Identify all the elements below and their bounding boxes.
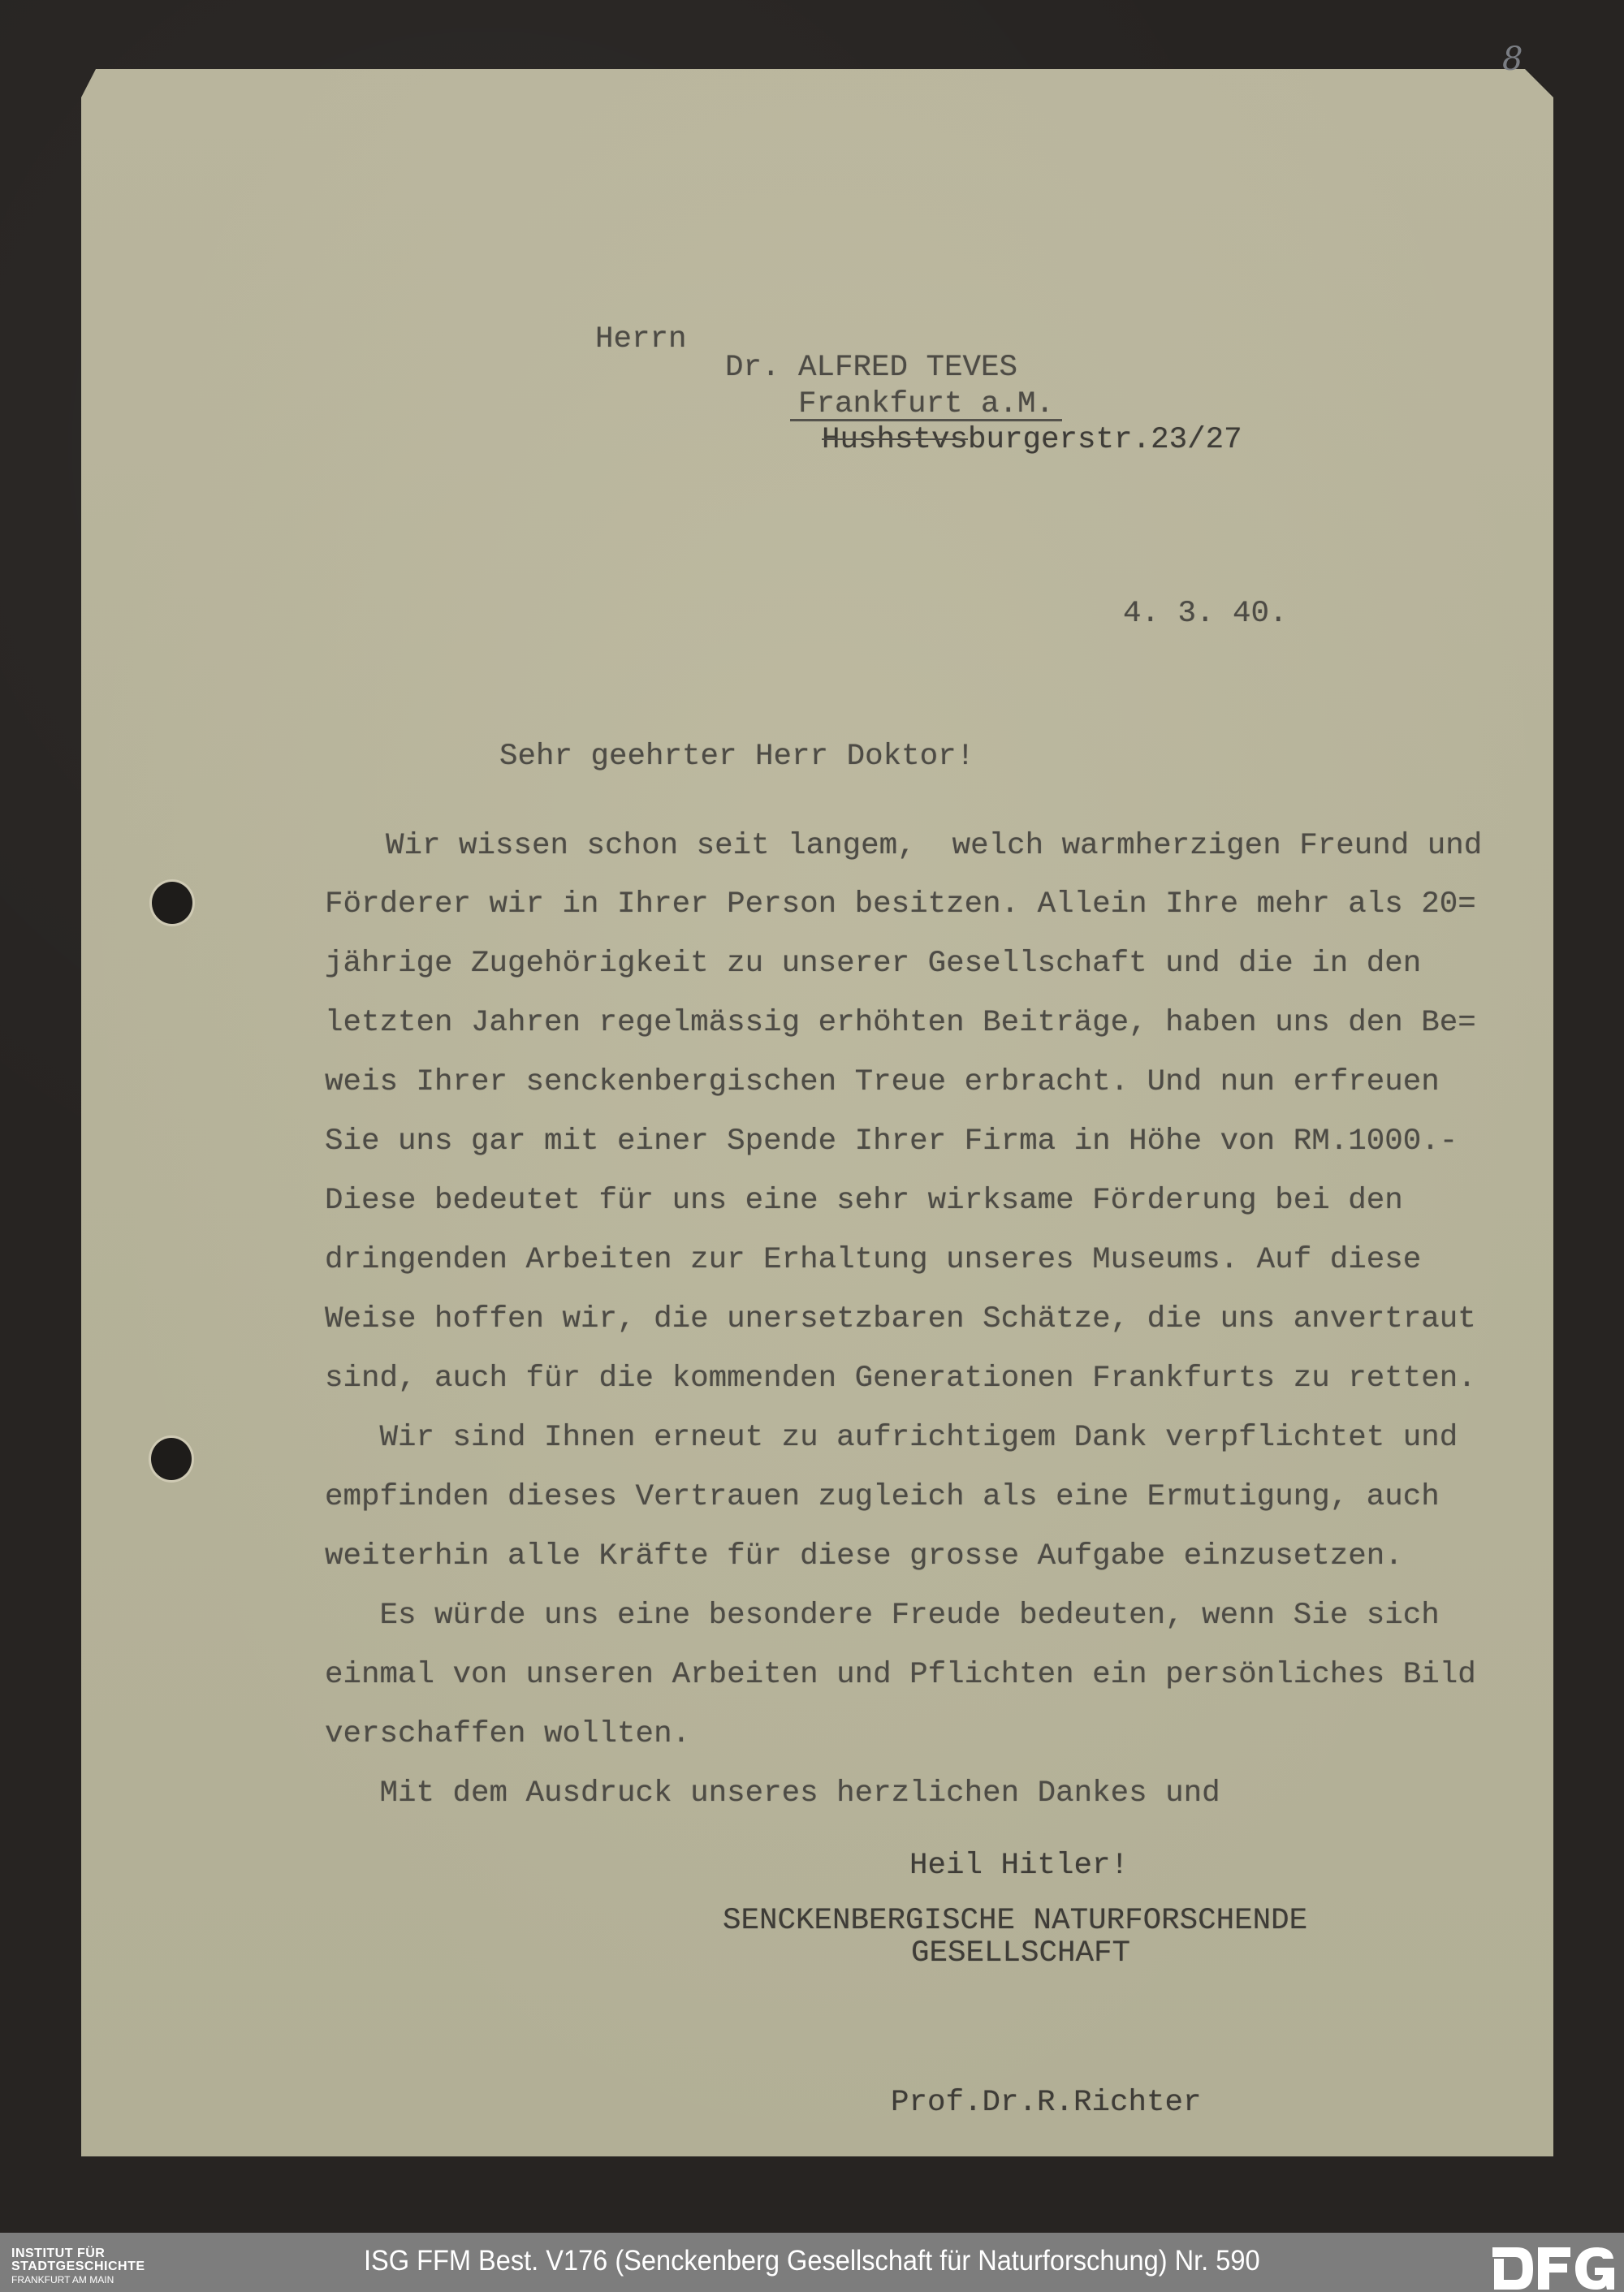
body-line: weis Ihrer senckenbergischen Treue erbra… [325, 1068, 1440, 1099]
punch-hole-upper [152, 882, 192, 924]
recipient-street: Hushstvsburgerstr.23/27 [822, 425, 1242, 456]
body-line: Sie uns gar mit einer Spende Ihrer Firma… [325, 1127, 1458, 1158]
letter-date: 4. 3. 40. [1123, 599, 1288, 630]
body-line: verschaffen wollten. [325, 1720, 690, 1750]
recipient-name: Dr. ALFRED TEVES [725, 353, 1017, 384]
body-line: Wir wissen schon seit langem, welch warm… [313, 831, 1482, 862]
letter-greeting: Sehr geehrter Herr Doktor! [499, 742, 974, 773]
organization-name-line2: GESELLSCHAFT [911, 1939, 1130, 1970]
body-line: einmal von unseren Arbeiten und Pflichte… [325, 1660, 1476, 1691]
body-line: Weise hoffen wir, die unersetzbaren Schä… [325, 1305, 1476, 1336]
body-line: sind, auch für die kommenden Generatione… [325, 1364, 1476, 1395]
page-number: 8 [1502, 41, 1522, 78]
body-line: dringenden Arbeiten zur Erhaltung unsere… [325, 1245, 1421, 1276]
body-line: letzten Jahren regelmässig erhöhten Beit… [325, 1008, 1476, 1039]
institution-name-line1: INSTITUT FÜR [11, 2247, 145, 2260]
body-line: Mit dem Ausdruck unseres herzlichen Dank… [325, 1779, 1220, 1810]
body-line: Wir sind Ihnen erneut zu aufrichtigem Da… [325, 1423, 1458, 1454]
body-line: jährige Zugehörigkeit zu unserer Gesells… [325, 949, 1421, 980]
body-line: Diese bedeutet für uns eine sehr wirksam… [325, 1186, 1403, 1217]
archive-reference-title: ISG FFM Best. V176 (Senckenberg Gesellsc… [364, 2247, 1260, 2275]
recipient-salutation: Herrn [595, 325, 687, 356]
institution-logo: INSTITUT FÜR STADTGESCHICHTE FRANKFURT A… [11, 2247, 145, 2285]
body-line: empfinden dieses Vertrauen zugleich als … [325, 1483, 1440, 1513]
body-line: weiterhin alle Kräfte für diese grosse A… [325, 1542, 1403, 1573]
archive-footer-bar: INSTITUT FÜR STADTGESCHICHTE FRANKFURT A… [0, 2233, 1624, 2292]
street-strikethrough [822, 438, 968, 440]
signatory-name: Prof.Dr.R.Richter [891, 2088, 1202, 2119]
body-line: Förderer wir in Ihrer Person besitzen. A… [325, 890, 1476, 921]
punch-hole-lower [151, 1438, 192, 1480]
dfg-logo-icon [1492, 2247, 1614, 2290]
closing-line: Heil Hitler! [909, 1851, 1129, 1882]
body-line: Es würde uns eine besondere Freude bedeu… [325, 1601, 1440, 1632]
city-underline [790, 419, 1062, 421]
institution-location: FRANKFURT AM MAIN [11, 2275, 145, 2285]
institution-name-line2: STADTGESCHICHTE [11, 2260, 145, 2273]
organization-name-line1: SENCKENBERGISCHE NATURFORSCHENDE [723, 1906, 1307, 1937]
recipient-city: Frankfurt a.M. [798, 390, 1054, 421]
